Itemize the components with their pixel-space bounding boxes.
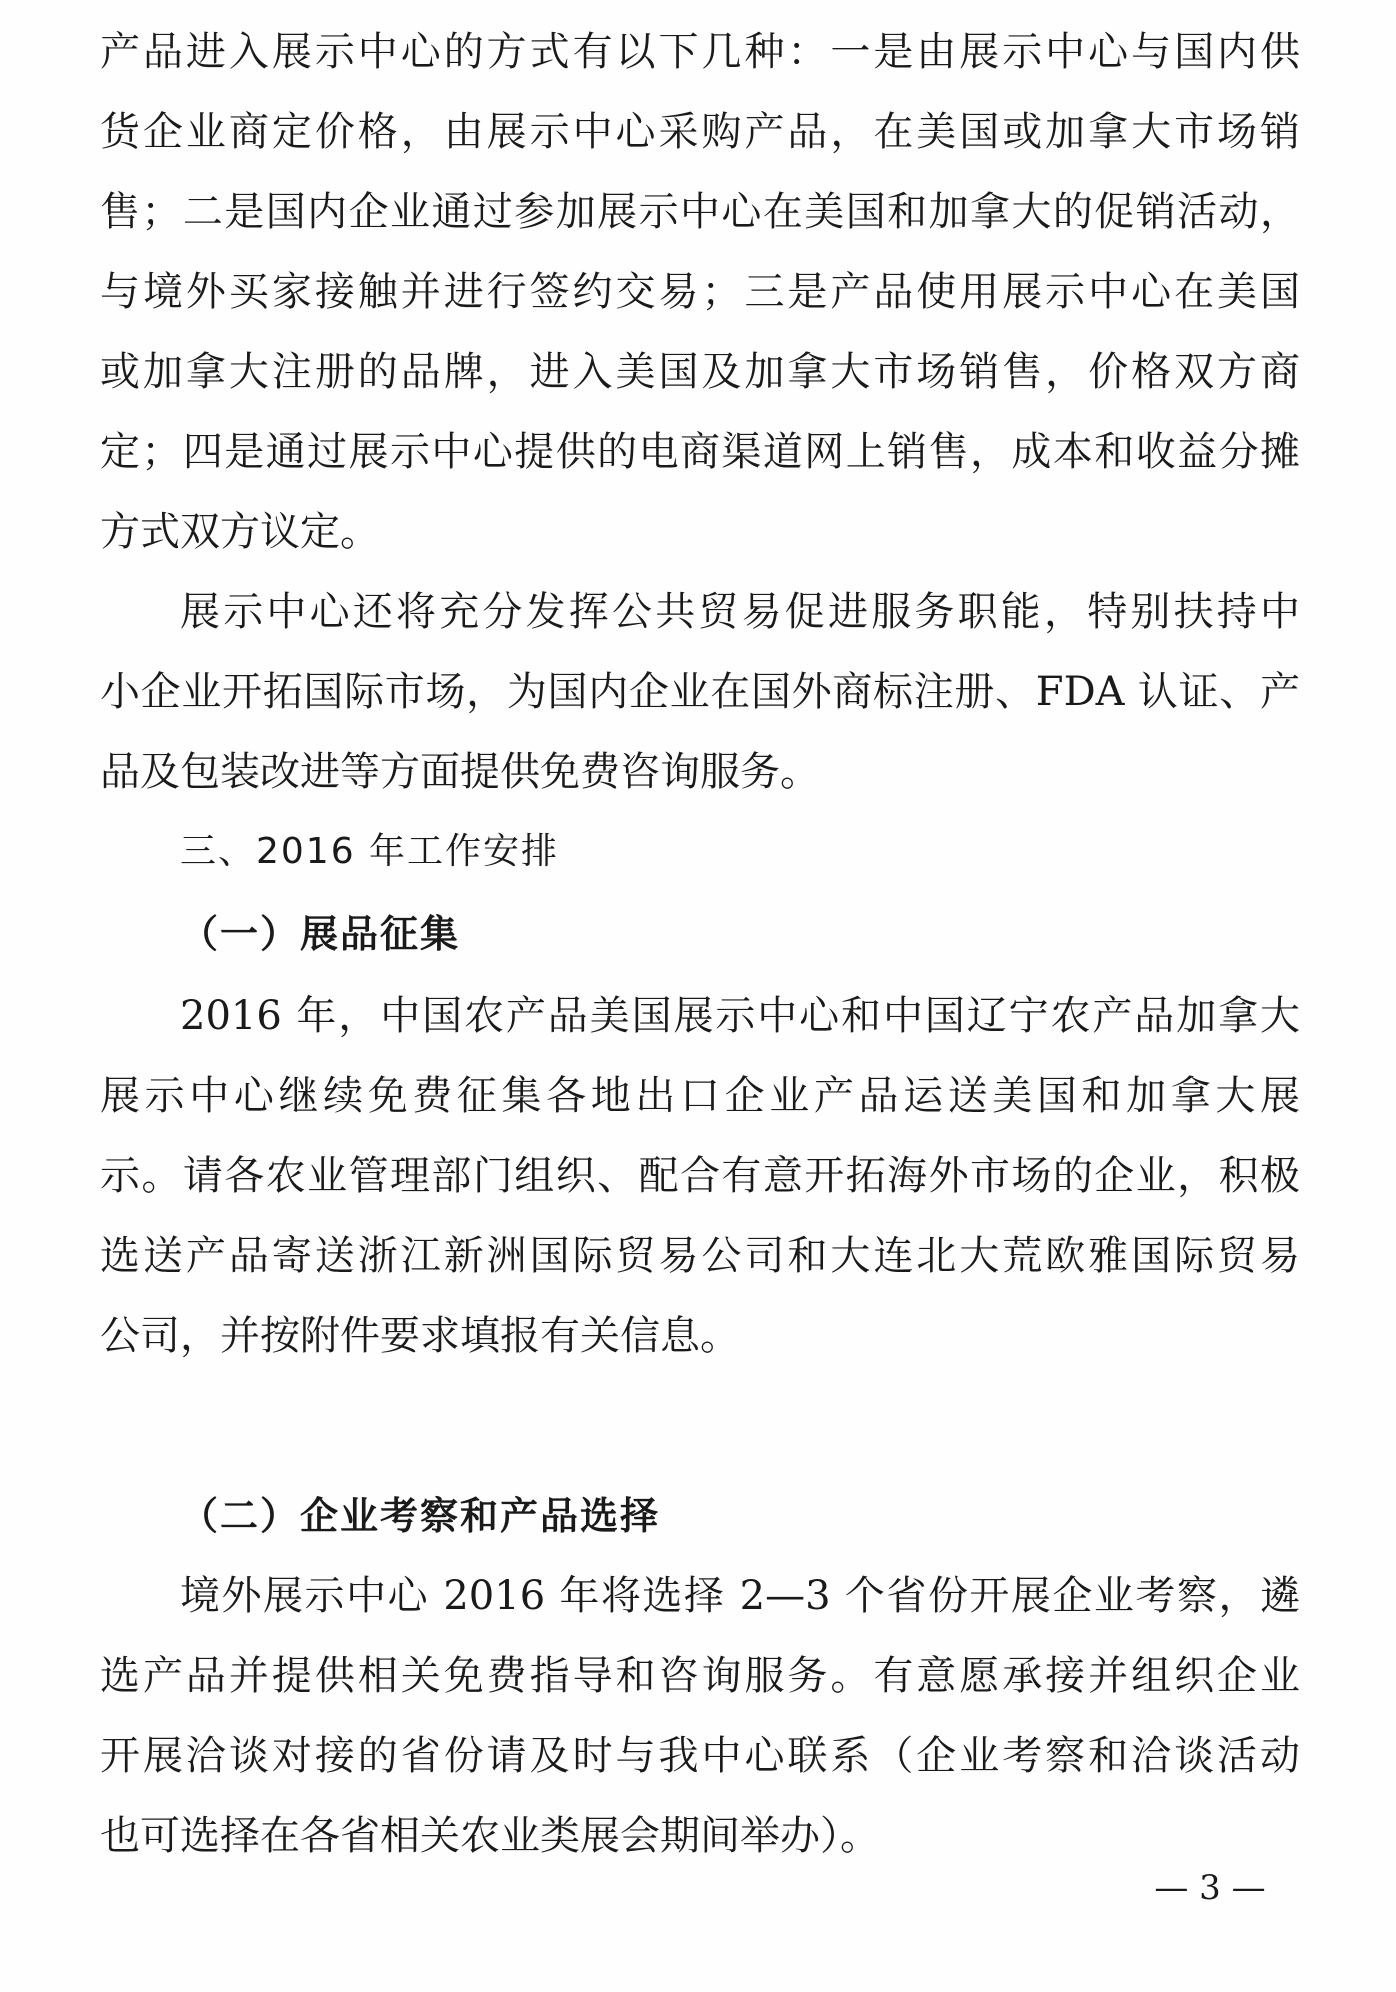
paragraph-line: 展示中心继续免费征集各地出口企业产品运送美国和加拿大展: [100, 1072, 1300, 1120]
paragraph-line: 也可选择在各省相关农业类展会期间举办）。: [100, 1812, 1300, 1860]
page-number: — 3 —: [1120, 1868, 1300, 1908]
paragraph-line: 品及包装改进等方面提供免费咨询服务。: [100, 748, 1300, 796]
paragraph-line: 定；四是通过展示中心提供的电商渠道网上销售，成本和收益分摊: [100, 428, 1300, 476]
paragraph-line: 或加拿大注册的品牌，进入美国及加拿大市场销售，价格双方商: [100, 348, 1300, 396]
paragraph-line: 展示中心还将充分发挥公共贸易促进服务职能，特别扶持中: [180, 588, 1300, 636]
paragraph-line: 方式双方议定。: [100, 508, 1300, 556]
paragraph-line: 2016 年，中国农产品美国展示中心和中国辽宁农产品加拿大: [180, 992, 1300, 1040]
paragraph-line: 产品进入展示中心的方式有以下几种：一是由展示中心与国内供: [100, 28, 1300, 76]
document-page: 产品进入展示中心的方式有以下几种：一是由展示中心与国内供 货企业商定价格，由展示…: [0, 0, 1396, 1992]
subsection-heading: （一）展品征集: [180, 910, 1300, 958]
paragraph-line: 公司，并按附件要求填报有关信息。: [100, 1312, 1300, 1360]
paragraph-line: 选产品并提供相关免费指导和咨询服务。有意愿承接并组织企业: [100, 1652, 1300, 1700]
subsection-heading: （二）企业考察和产品选择: [180, 1492, 1300, 1540]
paragraph-line: 小企业开拓国际市场，为国内企业在国外商标注册、FDA 认证、产: [100, 668, 1300, 716]
paragraph-line: 货企业商定价格，由展示中心采购产品，在美国或加拿大市场销: [100, 108, 1300, 156]
paragraph-line: 示。请各农业管理部门组织、配合有意开拓海外市场的企业，积极: [100, 1152, 1300, 1200]
paragraph-line: 选送产品寄送浙江新洲国际贸易公司和大连北大荒欧雅国际贸易: [100, 1232, 1300, 1280]
paragraph-line: 境外展示中心 2016 年将选择 2—3 个省份开展企业考察，遴: [180, 1572, 1300, 1620]
paragraph-line: 开展洽谈对接的省份请及时与我中心联系（企业考察和洽谈活动: [100, 1732, 1300, 1780]
paragraph-line: 售；二是国内企业通过参加展示中心在美国和加拿大的促销活动，: [100, 188, 1300, 236]
paragraph-line: 与境外买家接触并进行签约交易；三是产品使用展示中心在美国: [100, 268, 1300, 316]
section-heading: 三、2016 年工作安排: [180, 828, 1300, 876]
